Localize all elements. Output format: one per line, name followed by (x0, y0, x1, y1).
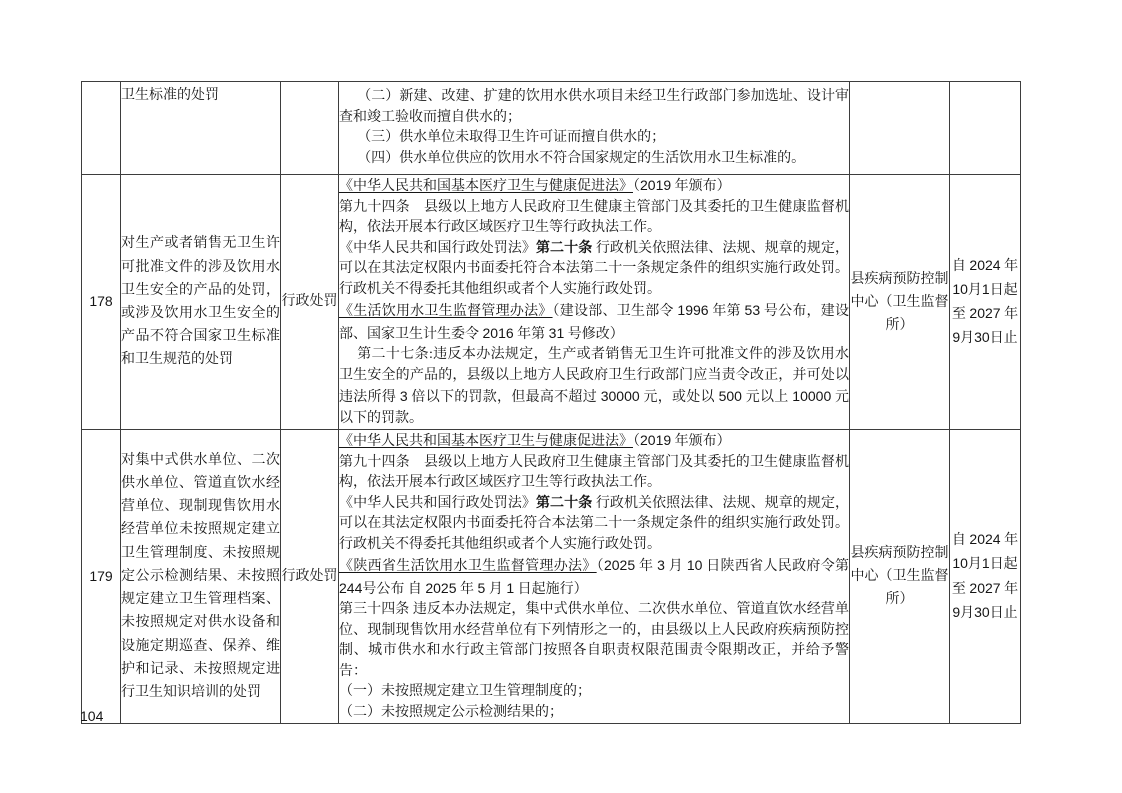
implementing-organ-cell: 县疾病预防控制中心（卫生监督所） (850, 430, 950, 724)
penalty-items-table: 卫生标准的处罚 （二）新建、改建、扩建的饮用水供水项目未经卫生行政部门参加选址、… (81, 81, 1021, 724)
delegation-period-cell: 自 2024 年10月1日起至 2027 年9月30日止 (950, 175, 1021, 430)
table-row-178: 178 对生产或者销售无卫生许可批准文件的涉及饮用水卫生安全的产品的处罚，或涉及… (82, 175, 1021, 430)
implementing-organ-cell: 县疾病预防控制中心（卫生监督所） (850, 175, 950, 430)
implementing-organ-cell (850, 82, 950, 175)
document-page: 卫生标准的处罚 （二）新建、改建、扩建的饮用水供水项目未经卫生行政部门参加选址、… (0, 0, 1122, 793)
row-number-cell (82, 82, 121, 175)
item-name-cell: 卫生标准的处罚 (121, 82, 281, 175)
table-row-continued: 卫生标准的处罚 （二）新建、改建、扩建的饮用水供水项目未经卫生行政部门参加选址、… (82, 82, 1021, 175)
item-name-cell: 对生产或者销售无卫生许可批准文件的涉及饮用水卫生安全的产品的处罚，或涉及饮用水卫… (121, 175, 281, 430)
table-row-179: 179 对集中式供水单位、二次供水单位、管道直饮水经营单位、现制现售饮用水经营单… (82, 430, 1021, 724)
row-number-cell: 178 (82, 175, 121, 430)
delegation-period-cell: 自 2024 年10月1日起至 2027 年9月30日止 (950, 430, 1021, 724)
legal-basis-cell: 《中华人民共和国基本医疗卫生与健康促进法》（2019 年颁布）第九十四条 县级以… (339, 430, 850, 724)
item-name-cell: 对集中式供水单位、二次供水单位、管道直饮水经营单位、现制现售饮用水经营单位未按照… (121, 430, 281, 724)
legal-basis-cell: （二）新建、改建、扩建的饮用水供水项目未经卫生行政部门参加选址、设计审查和竣工验… (339, 82, 850, 175)
row-number-cell: 179 (82, 430, 121, 724)
page-number: 104 (80, 708, 103, 724)
penalty-type-cell (281, 82, 339, 175)
penalty-type-cell: 行政处罚 (281, 175, 339, 430)
legal-basis-cell: 《中华人民共和国基本医疗卫生与健康促进法》（2019 年颁布）第九十四条 县级以… (339, 175, 850, 430)
delegation-period-cell (950, 82, 1021, 175)
penalty-type-cell: 行政处罚 (281, 430, 339, 724)
